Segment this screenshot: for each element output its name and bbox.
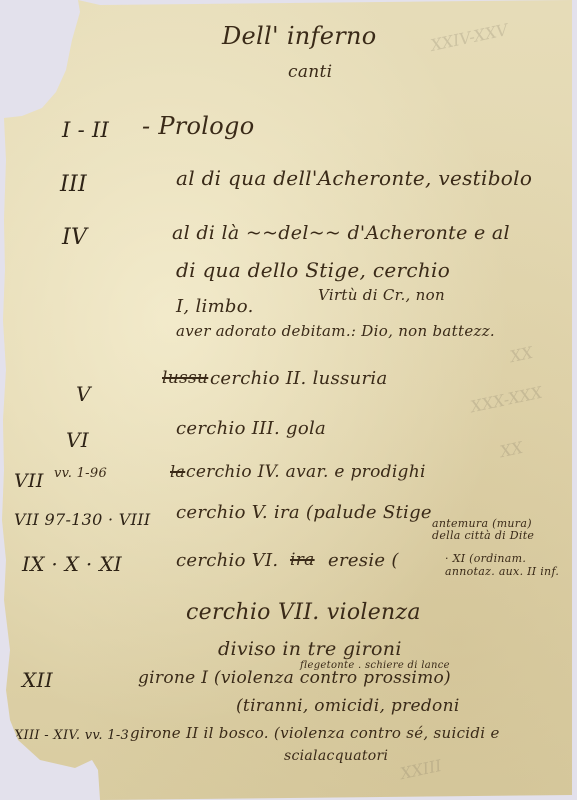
struck-text: ira [290,550,315,570]
canto-number: III [60,172,87,197]
marginal-note: · XI (ordinam. annotaz. aux. II inf. [445,552,565,578]
canto-description: al di qua dell'Acheronte, vestibolo [176,166,532,190]
section-heading: cerchio VII. violenza [186,600,421,625]
canto-number: I - II [62,118,109,142]
canto-number: VI [66,428,89,452]
canto-description: al di là ~~del~~ d'Acheronte e al [172,222,510,244]
bleed-through-mark: XX [498,438,524,461]
canto-number: IX · X · XI [22,552,122,576]
canto-number: VII [14,470,44,492]
canto-description: girone I (violenza contro prossimo) [138,668,451,688]
canto-description: cerchio VI. [176,550,278,571]
canto-number: XII [22,668,53,692]
canto-number: V [76,382,91,406]
manuscript-page: XXIV-XXV XX XXX-XXX XX XXIII Dell' infer… [0,0,572,800]
bleed-through-mark: XX [508,343,534,366]
canto-description: cerchio IV. avar. e prodighi [186,462,426,482]
canto-description: aver adorato debitam.: Dio, non battezz. [176,322,495,340]
page-title: Dell' inferno [222,22,377,50]
canto-number: VII 97-130 · VIII [14,510,150,529]
page-subtitle: canti [288,62,332,82]
marginal-note: antemura (mura) della città di Dite [432,518,562,542]
canto-description: - Prologo [142,112,254,140]
marginal-note: Virtù di Cr., non [318,286,445,304]
section-subheading: diviso in tre gironi [218,638,402,660]
canto-number: XIII - XIV. vv. 1-3 [14,728,129,743]
canto-description: (tiranni, omicidi, predoni [236,696,460,716]
canto-description: I, limbo. [176,296,254,317]
canto-description: girone II il bosco. (violenza contro sé,… [130,724,500,742]
canto-description: eresie ( [328,550,399,571]
canto-description: di qua dello Stige, cerchio [176,258,450,282]
canto-description: cerchio II. lussuria [210,368,388,389]
bleed-through-mark: XXIII [398,756,443,783]
canto-description: cerchio V. ira (palude Stige [176,502,432,523]
canto-description: cerchio III. gola [176,418,326,439]
struck-text: la [170,462,185,481]
canto-number: IV [62,225,87,250]
canto-description: scialacquatori [284,748,388,764]
bleed-through-mark: XXX-XXX [469,383,544,417]
bleed-through-mark: XXIV-XXV [429,20,510,55]
verse-range: vv. 1-96 [54,466,107,481]
struck-text: lussu [162,368,208,388]
